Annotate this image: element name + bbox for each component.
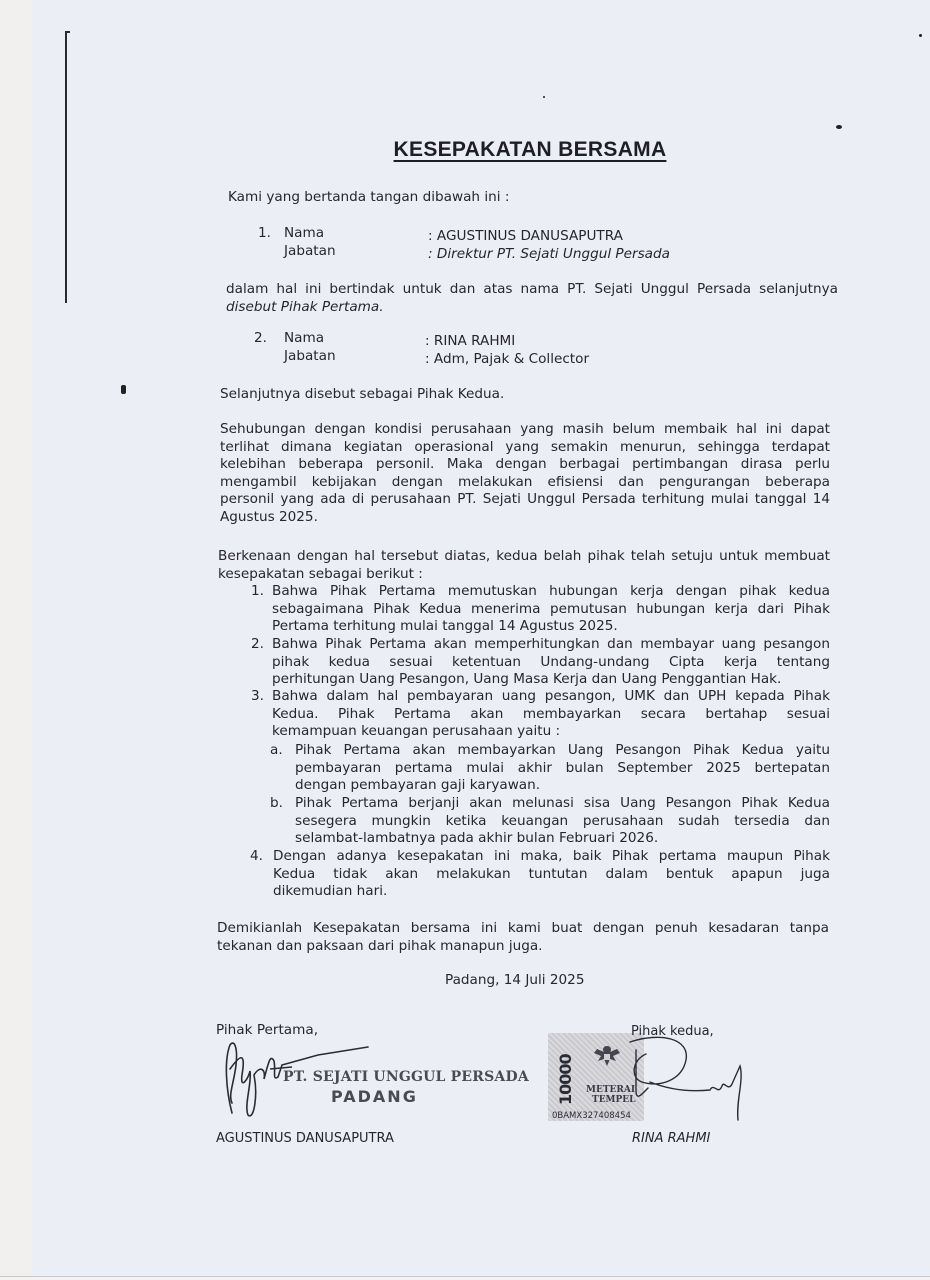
place-date: Padang, 14 Juli 2025	[445, 972, 584, 990]
paragraph-line: Demikianlah Kesepakatan bersama ini kami…	[217, 920, 829, 938]
clause-line: dikemudian hari.	[273, 883, 830, 901]
ink-speck	[121, 385, 126, 394]
party1-number: 1.	[258, 225, 271, 243]
party1-position-label: Jabatan	[284, 243, 336, 261]
party2-position-value: : Adm, Pajak & Collector	[425, 351, 589, 369]
paragraph-line: terlihat dimana kegiatan operasional yan…	[220, 439, 830, 457]
background-paragraph: Sehubungan dengan kondisi perusahaan yan…	[220, 421, 830, 527]
subclause-b-letter: b.	[270, 795, 283, 813]
clause-line: Pihak Pertama akan membayarkan Uang Pesa…	[295, 742, 830, 760]
party2-position-label: Jabatan	[284, 348, 336, 366]
clause-1: Bahwa Pihak Pertama memutuskan hubungan …	[272, 583, 830, 636]
clause-2-number: 2.	[251, 636, 264, 654]
paragraph-line: Agustus 2025.	[220, 509, 830, 527]
clause-3-number: 3.	[251, 688, 264, 706]
clause-line: pembayaran pertama mulai akhir bulan Sep…	[295, 760, 830, 778]
agreement-intro: Berkenaan dengan hal tersebut diatas, ke…	[218, 548, 830, 583]
closing-paragraph: Demikianlah Kesepakatan bersama ini kami…	[217, 920, 829, 955]
paragraph-line: mengambil kebijakan dengan melakukan efi…	[220, 474, 830, 492]
second-party-signature	[590, 1030, 750, 1130]
clause-line: kemampuan keuangan perusahaan yaitu :	[272, 723, 830, 741]
clause-4: Dengan adanya kesepakatan ini maka, baik…	[273, 848, 830, 901]
clause-line: Pertama terhitung mulai tanggal 14 Agust…	[272, 618, 830, 636]
clause-line: dengan pembayaran gaji karyawan.	[295, 777, 830, 795]
scan-left-edge	[0, 0, 32, 1280]
paragraph-line: kelebihan beberapa personil. Maka dengan…	[220, 456, 830, 474]
paragraph-line: kesepakatan sebagai berikut :	[218, 566, 830, 584]
statement-line: disebut Pihak Pertama.	[226, 299, 838, 317]
scan-bottom-edge	[0, 1276, 930, 1280]
clause-line: sesegera mungkin ketika keuangan perusah…	[295, 813, 830, 831]
margin-mark	[65, 31, 67, 303]
party2-name-label: Nama	[284, 330, 324, 348]
clause-2: Bahwa Pihak Pertama akan memperhitungkan…	[272, 636, 830, 689]
first-party-signature	[218, 1035, 388, 1125]
clause-line: perhitungan Uang Pesangon, Uang Masa Ker…	[272, 671, 830, 689]
document-title: KESEPAKATAN BERSAMA	[0, 138, 930, 162]
party1-statement: dalam hal ini bertindak untuk dan atas n…	[226, 281, 838, 316]
clause-4-number: 4.	[250, 848, 263, 866]
stamp-value: 10000	[556, 1041, 576, 1105]
subclause-b: Pihak Pertama berjanji akan melunasi sis…	[295, 795, 830, 848]
subclause-a: Pihak Pertama akan membayarkan Uang Pesa…	[295, 742, 830, 795]
clause-1-number: 1.	[251, 583, 264, 601]
party2-name-value: : RINA RAHMI	[425, 333, 515, 351]
clause-line: Bahwa Pihak Pertama akan memperhitungkan…	[272, 636, 830, 654]
paragraph-line: Sehubungan dengan kondisi perusahaan yan…	[220, 421, 830, 439]
clause-line: Kedua. Pihak Pertama akan membayarkan se…	[272, 706, 830, 724]
paragraph-line: personil yang ada di perusahaan PT. Seja…	[220, 491, 830, 509]
ink-speck	[836, 125, 842, 129]
party1-position-value: : Direktur PT. Sejati Unggul Persada	[428, 246, 670, 264]
paragraph-line: Berkenaan dengan hal tersebut diatas, ke…	[218, 548, 830, 566]
party2-statement: Selanjutnya disebut sebagai Pihak Kedua.	[220, 386, 504, 404]
clause-line: Bahwa Pihak Pertama memutuskan hubungan …	[272, 583, 830, 601]
party2-number: 2.	[254, 330, 267, 348]
clause-line: pihak kedua sesuai ketentuan Undang-unda…	[272, 654, 830, 672]
clause-line: Dengan adanya kesepakatan ini maka, baik…	[273, 848, 830, 866]
party1-name-label: Nama	[284, 225, 324, 243]
clause-line: Bahwa dalam hal pembayaran uang pesangon…	[272, 688, 830, 706]
statement-line: dalam hal ini bertindak untuk dan atas n…	[226, 281, 838, 299]
intro-text: Kami yang bertanda tangan dibawah ini :	[228, 189, 509, 207]
clause-line: sebagaimana Pihak Kedua menerima pemutus…	[272, 601, 830, 619]
paragraph-line: tekanan dan paksaan dari pihak manapun j…	[217, 938, 829, 956]
party1-name-value: : AGUSTINUS DANUSAPUTRA	[428, 228, 623, 246]
clause-3: Bahwa dalam hal pembayaran uang pesangon…	[272, 688, 830, 741]
ink-speck	[543, 96, 545, 98]
clause-line: Pihak Pertama berjanji akan melunasi sis…	[295, 795, 830, 813]
first-party-name: AGUSTINUS DANUSAPUTRA	[216, 1130, 394, 1148]
clause-line: Kedua tidak akan melakukan tuntutan dala…	[273, 866, 830, 884]
clause-line: selambat-lambatnya pada akhir bulan Febr…	[295, 830, 830, 848]
ink-speck	[919, 34, 922, 37]
second-party-name: RINA RAHMI	[632, 1130, 710, 1148]
subclause-a-letter: a.	[270, 742, 283, 760]
